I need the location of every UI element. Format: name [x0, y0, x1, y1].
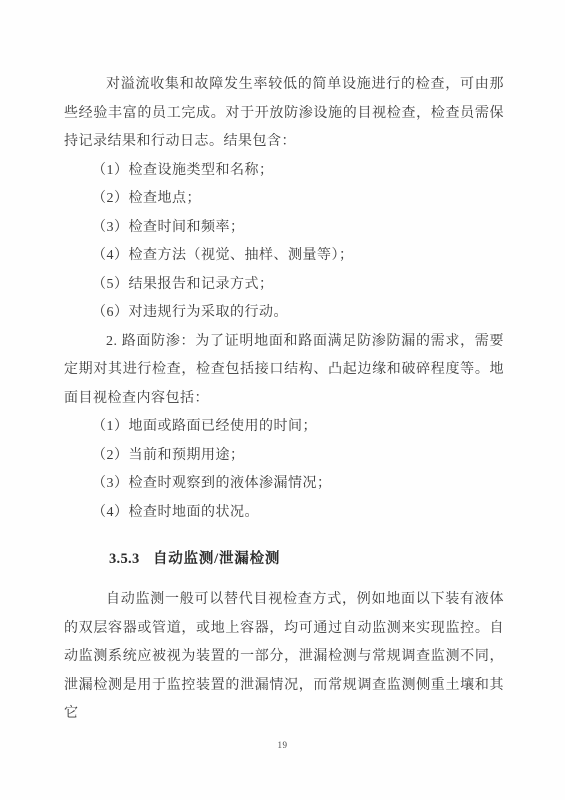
document-body: 对溢流收集和故障发生率较低的简单设施进行的检查，可由那些经验丰富的员工完成。对于…: [64, 71, 504, 729]
list1-item-1: （1）检查设施类型和名称；: [64, 157, 504, 186]
document-page: 对溢流收集和故障发生率较低的简单设施进行的检查，可由那些经验丰富的员工完成。对于…: [0, 0, 565, 800]
section-heading: 3.5.3 自动监测/泄漏检测: [64, 545, 504, 573]
list1-item-5: （5）结果报告和记录方式；: [64, 271, 504, 300]
list1-item-6: （6）对违规行为采取的行动。: [64, 299, 504, 328]
paragraph-inspection-overview: 对溢流收集和故障发生率较低的简单设施进行的检查，可由那些经验丰富的员工完成。对于…: [64, 71, 504, 157]
list2-item-1: （1）地面或路面已经使用的时间；: [64, 413, 504, 442]
list2-item-4: （4）检查时地面的状况。: [64, 499, 504, 528]
list1-item-3: （3）检查时间和频率；: [64, 214, 504, 243]
list1-item-4: （4）检查方法（视觉、抽样、测量等）；: [64, 242, 504, 271]
list2-item-3: （3）检查时观察到的液体渗漏情况；: [64, 470, 504, 499]
section-title: 自动监测/泄漏检测: [153, 551, 280, 567]
paragraph-auto-monitoring: 自动监测一般可以替代目视检查方式，例如地面以下装有液体的双层容器或管道，或地上容…: [64, 586, 504, 729]
paragraph-pavement-seepage: 2. 路面防渗：为了证明地面和路面满足防渗防漏的需求，需要定期对其进行检查，检查…: [64, 328, 504, 414]
list1-item-2: （2）检查地点；: [64, 185, 504, 214]
page-number: 19: [0, 740, 565, 750]
section-number: 3.5.3: [109, 551, 140, 567]
list2-item-2: （2）当前和预期用途；: [64, 442, 504, 471]
